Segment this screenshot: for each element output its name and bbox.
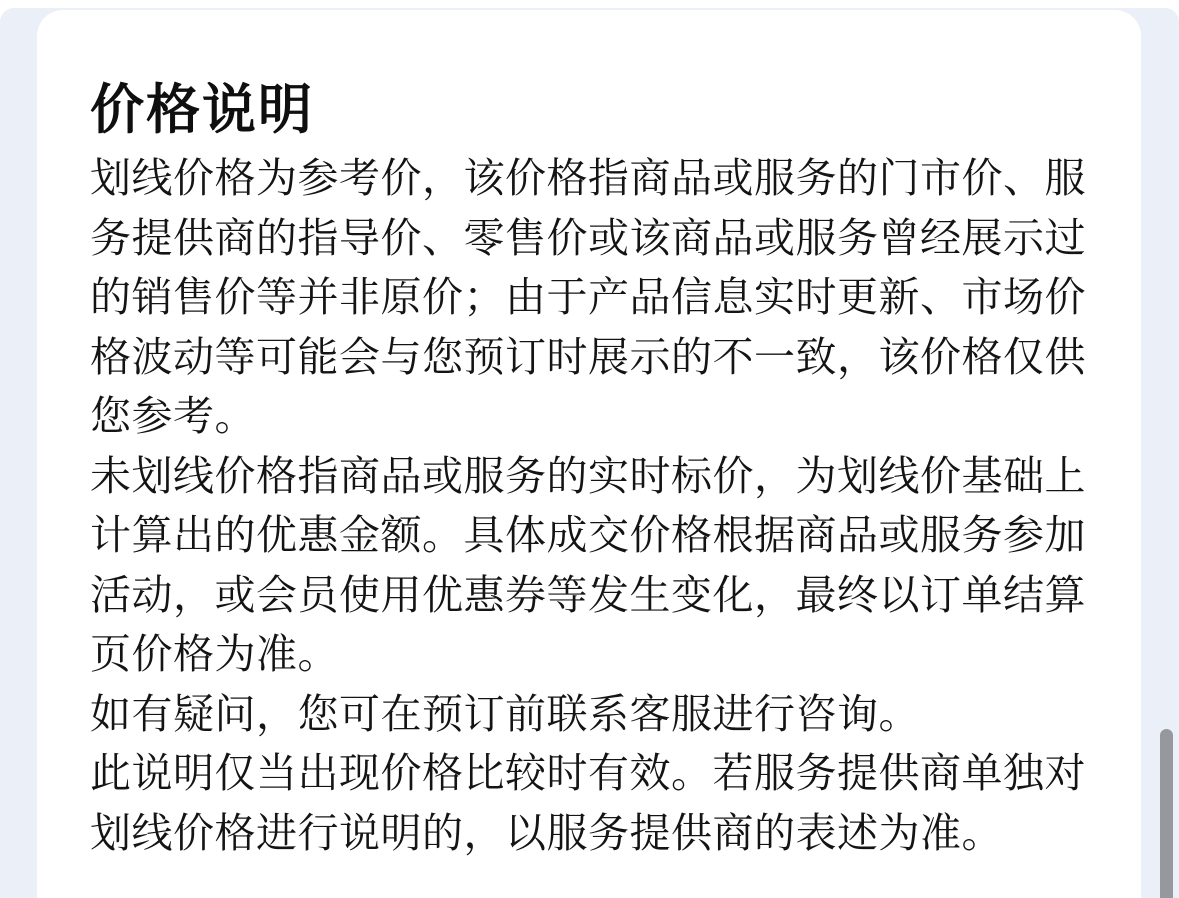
text-line: 划线价格为参考价，该价格指商品或服务的门市价、服 xyxy=(90,149,1090,209)
page-title: 价格说明 xyxy=(90,78,314,142)
paragraph-validity: 此说明仅当出现价格比较时有效。若服务提供商单独对 划线价格进行说明的，以服务提供… xyxy=(90,744,1090,863)
text-line: 格波动等可能会与您预订时展示的不一致，该价格仅供 xyxy=(90,328,1090,388)
price-notice-sheet: 价格说明 划线价格为参考价，该价格指商品或服务的门市价、服 务提供商的指导价、零… xyxy=(37,10,1141,898)
text-line: 页价格为准。 xyxy=(90,625,1090,685)
paragraph-current-price: 未划线价格指商品或服务的实时标价，为划线价基础上 计算出的优惠金额。具体成交价格… xyxy=(90,447,1090,685)
text-line: 如有疑问，您可在预订前联系客服进行咨询。 xyxy=(90,685,1090,745)
text-line: 的销售价等并非原价；由于产品信息实时更新、市场价 xyxy=(90,268,1090,328)
scrollbar-thumb[interactable] xyxy=(1160,729,1173,898)
text-line: 活动，或会员使用优惠券等发生变化，最终以订单结算 xyxy=(90,566,1090,626)
price-notice-text: 划线价格为参考价，该价格指商品或服务的门市价、服 务提供商的指导价、零售价或该商… xyxy=(90,149,1090,863)
paragraph-contact-support: 如有疑问，您可在预订前联系客服进行咨询。 xyxy=(90,685,1090,745)
text-line: 计算出的优惠金额。具体成交价格根据商品或服务参加 xyxy=(90,506,1090,566)
text-line: 未划线价格指商品或服务的实时标价，为划线价基础上 xyxy=(90,447,1090,507)
text-line: 划线价格进行说明的，以服务提供商的表述为准。 xyxy=(90,804,1090,864)
text-line: 务提供商的指导价、零售价或该商品或服务曾经展示过 xyxy=(90,209,1090,269)
text-line: 此说明仅当出现价格比较时有效。若服务提供商单独对 xyxy=(90,744,1090,804)
paragraph-strikethrough-price: 划线价格为参考价，该价格指商品或服务的门市价、服 务提供商的指导价、零售价或该商… xyxy=(90,149,1090,447)
text-line: 您参考。 xyxy=(90,387,1090,447)
